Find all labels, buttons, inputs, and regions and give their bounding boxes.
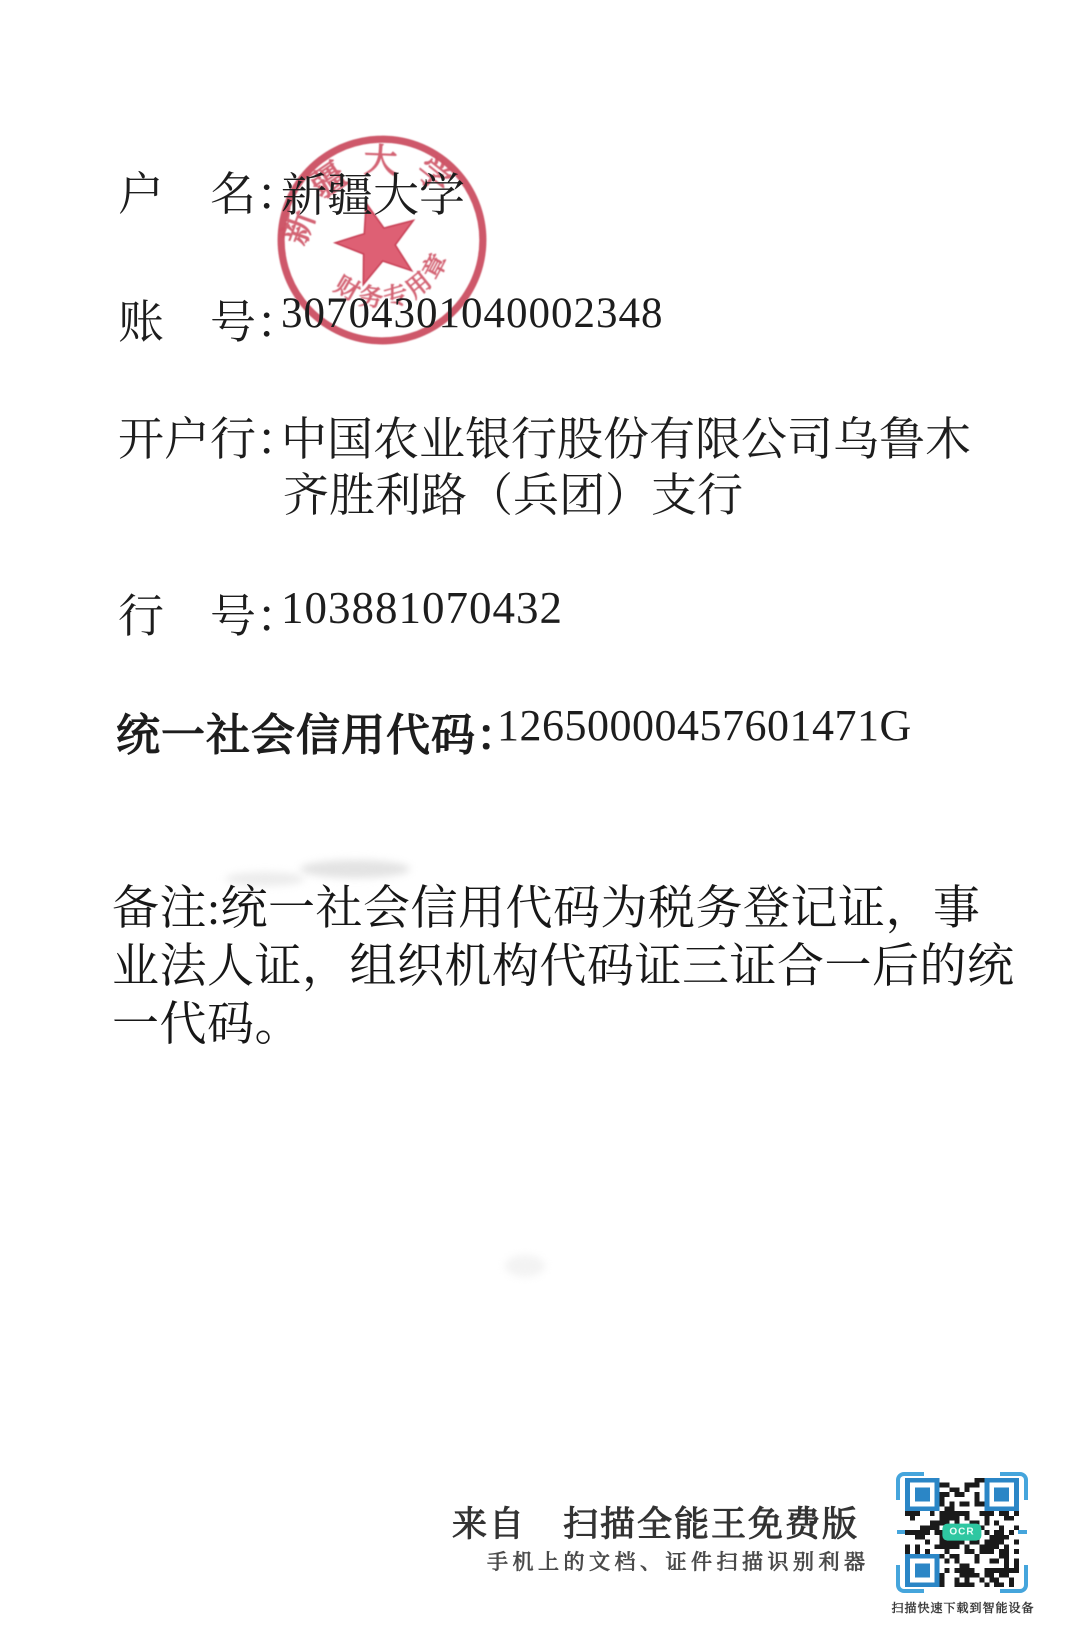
field-bank-branch-line2: 齐胜利路（兵团）支行 — [283, 459, 743, 525]
qr-code: OCR — [896, 1472, 1028, 1593]
note-paragraph: 备注:统一社会信用代码为税务登记证，事 业法人证，组织机构代码证三证合一后的统 … — [112, 880, 972, 1054]
note-line-2: 业法人证，组织机构代码证三证合一后的统 — [112, 938, 972, 996]
qr-center-badge: OCR — [942, 1523, 981, 1540]
field-account-name: 户 名： 新疆大学 — [118, 158, 302, 224]
account-name-label: 户 名： — [118, 158, 302, 224]
note-line-1: 备注:统一社会信用代码为税务登记证，事 — [112, 880, 972, 938]
scanned-document-page: 新疆大学 财务专用章 户 名： 新疆大学 账 号： 30704301040002… — [0, 0, 1079, 1639]
qr-caption: 扫描快速下载到智能设备 — [888, 1599, 1038, 1616]
camscanner-watermark: 来自 扫描全能王免费版 — [452, 1497, 859, 1547]
bank-branch-label: 开户行： — [118, 403, 302, 469]
credit-code-label: 统一社会信用代码： — [116, 699, 521, 763]
field-credit-code: 统一社会信用代码： 12650000457601471G — [116, 699, 521, 763]
account-number-value: 30704301040002348 — [281, 289, 664, 338]
account-name-value: 新疆大学 — [281, 159, 465, 225]
qr-frame-dash-icon — [1018, 1530, 1027, 1534]
bank-number-value: 103881070432 — [281, 582, 563, 634]
field-bank-number: 行 号： 103881070432 — [118, 580, 302, 646]
scan-smudge — [505, 1255, 545, 1277]
bank-branch-value-line2: 齐胜利路（兵团）支行 — [283, 459, 743, 525]
camscanner-tagline: 手机上的文档、证件扫描识别利器 — [487, 1546, 870, 1576]
note-line-3: 一代码。 — [112, 996, 972, 1054]
credit-code-value: 12650000457601471G — [497, 700, 912, 751]
field-account-number: 账 号： 30704301040002348 — [118, 286, 302, 352]
account-number-label: 账 号： — [118, 286, 302, 352]
field-bank-branch: 开户行： 中国农业银行股份有限公司乌鲁木 — [118, 403, 302, 469]
scan-smudge — [300, 860, 410, 878]
bank-number-label: 行 号： — [118, 580, 302, 646]
